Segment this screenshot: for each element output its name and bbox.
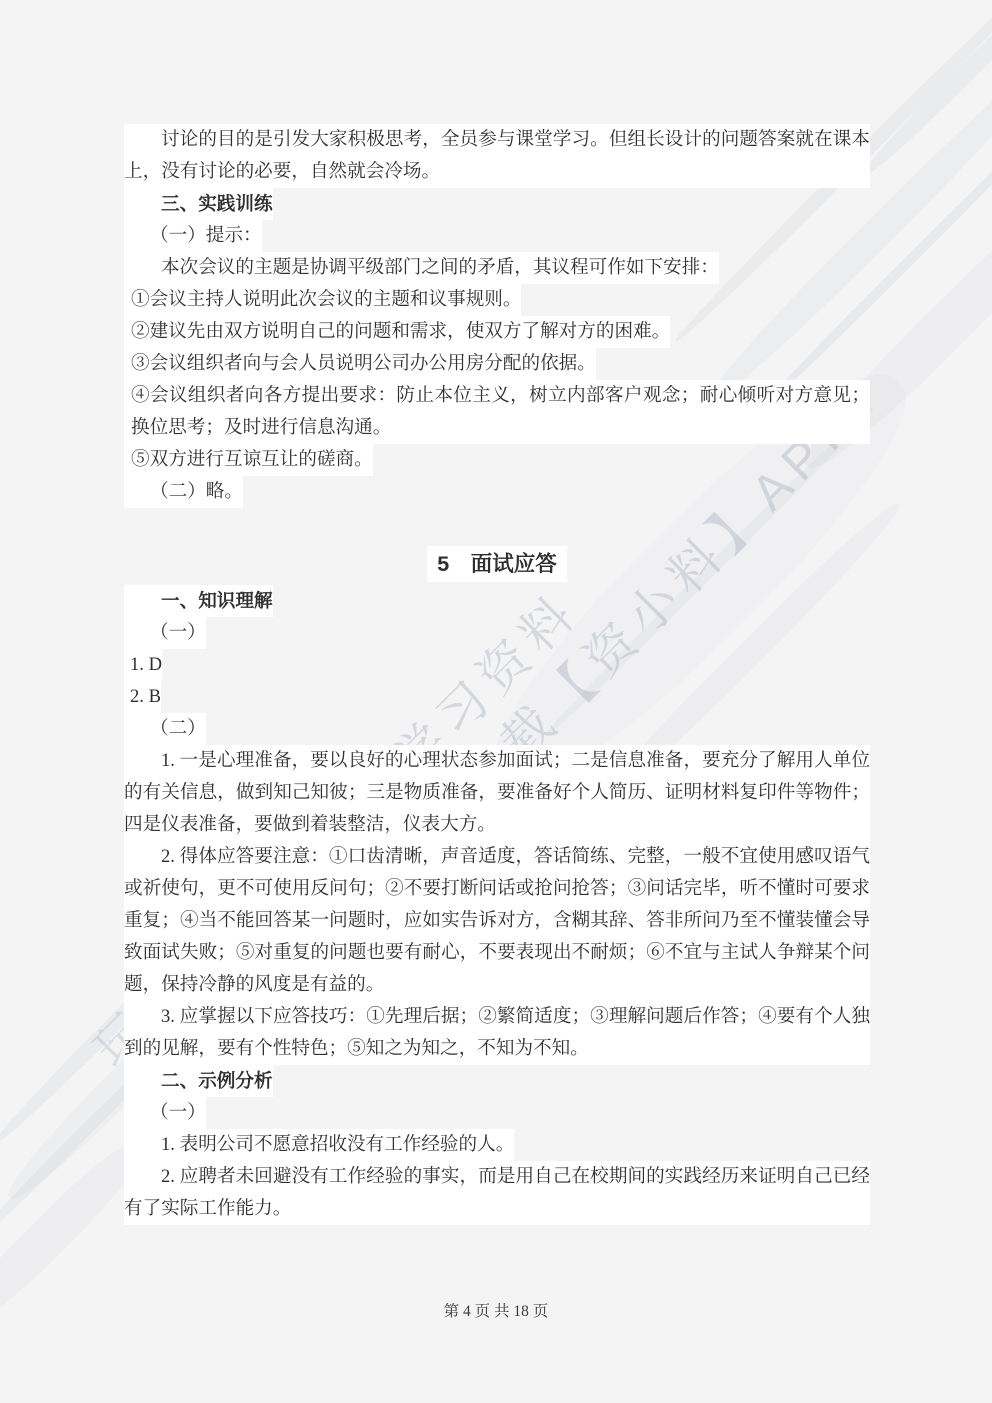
paragraph: 2. 得体应答要注意：①口齿清晰，声音适度，答话简练、完整，一般不宜使用感叹语气… bbox=[124, 841, 870, 1001]
list-item: ②建议先由双方说明自己的问题和需求，使双方了解对方的困难。 bbox=[124, 316, 670, 348]
paragraph: 1. 表明公司不愿意招收没有工作经验的人。 bbox=[124, 1129, 514, 1161]
sub-item-label: （二） bbox=[124, 713, 206, 745]
answer-line: 2. B bbox=[124, 681, 161, 713]
sub-item-label: （二）略。 bbox=[124, 476, 243, 508]
paragraph: 讨论的目的是引发大家积极思考，全员参与课堂学习。但组长设计的问题答案就在课本上，… bbox=[124, 124, 870, 188]
chapter-title: 5 面试应答 bbox=[427, 546, 566, 582]
sub-item-label: （一） bbox=[124, 617, 206, 649]
paragraph: 2. 应聘者未回避没有工作经验的事实，而是用自己在校期间的实践经历来证明自己已经… bbox=[124, 1161, 870, 1225]
list-item: ⑤双方进行互谅互让的磋商。 bbox=[124, 444, 373, 476]
page-number-footer: 第 4 页 共 18 页 bbox=[0, 1300, 992, 1324]
paragraph: 1. 一是心理准备，要以良好的心理状态参加面试；二是信息准备，要充分了解用人单位… bbox=[124, 745, 870, 841]
sub-item-label: （一）提示： bbox=[124, 220, 262, 252]
sub-item-label: （一） bbox=[124, 1097, 206, 1129]
document-page: 学习资料 下载【资小料】APP 玩赚 讨论的目的是引发大家积极思考，全员参与课堂… bbox=[0, 0, 992, 1403]
list-item: ③会议组织者向与会人员说明公司办公用房分配的依据。 bbox=[124, 348, 596, 380]
document-content: 讨论的目的是引发大家积极思考，全员参与课堂学习。但组长设计的问题答案就在课本上，… bbox=[124, 124, 870, 1225]
section-heading: 一、知识理解 bbox=[124, 585, 273, 617]
list-item: ①会议主持人说明此次会议的主题和议事规则。 bbox=[124, 284, 521, 316]
list-item: ④会议组织者向各方提出要求：防止本位主义，树立内部客户观念；耐心倾听对方意见；换… bbox=[124, 380, 870, 444]
paragraph: 本次会议的主题是协调平级部门之间的矛盾，其议程可作如下安排： bbox=[124, 252, 719, 284]
section-heading: 二、示例分析 bbox=[124, 1065, 273, 1097]
paragraph: 3. 应掌握以下应答技巧：①先理后据；②繁简适度；③理解问题后作答；④要有个人独… bbox=[124, 1001, 870, 1065]
answer-line: 1. D bbox=[124, 649, 162, 681]
section-heading: 三、实践训练 bbox=[124, 188, 273, 220]
